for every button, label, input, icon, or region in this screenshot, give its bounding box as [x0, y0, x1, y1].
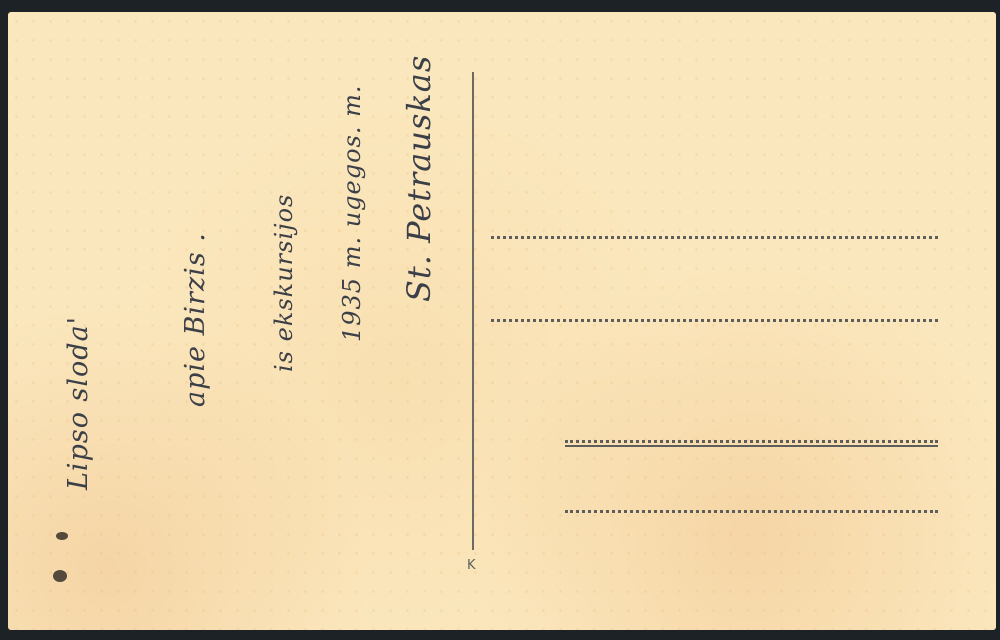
address-line-3 — [565, 440, 938, 443]
handwritten-line-2: apie Birzis . — [180, 232, 211, 407]
handwritten-signature: St. Petrauskas — [400, 55, 438, 302]
ink-stain — [56, 532, 68, 540]
handwritten-line-1: Lipso sloda' — [63, 316, 94, 490]
address-line-3-underline — [565, 445, 938, 447]
handwritten-line-4: 1935 m. ugegos. m. — [338, 84, 366, 342]
ink-stain — [53, 570, 67, 582]
printer-mark: K — [467, 558, 476, 573]
address-line-2 — [491, 319, 938, 322]
address-line-4 — [565, 510, 938, 513]
handwritten-line-3: is ekskursijos — [270, 194, 298, 372]
postcard-back: Lipso sloda' apie Birzis . is ekskursijo… — [8, 12, 996, 630]
address-divider — [472, 72, 474, 550]
address-line-1 — [491, 236, 938, 239]
